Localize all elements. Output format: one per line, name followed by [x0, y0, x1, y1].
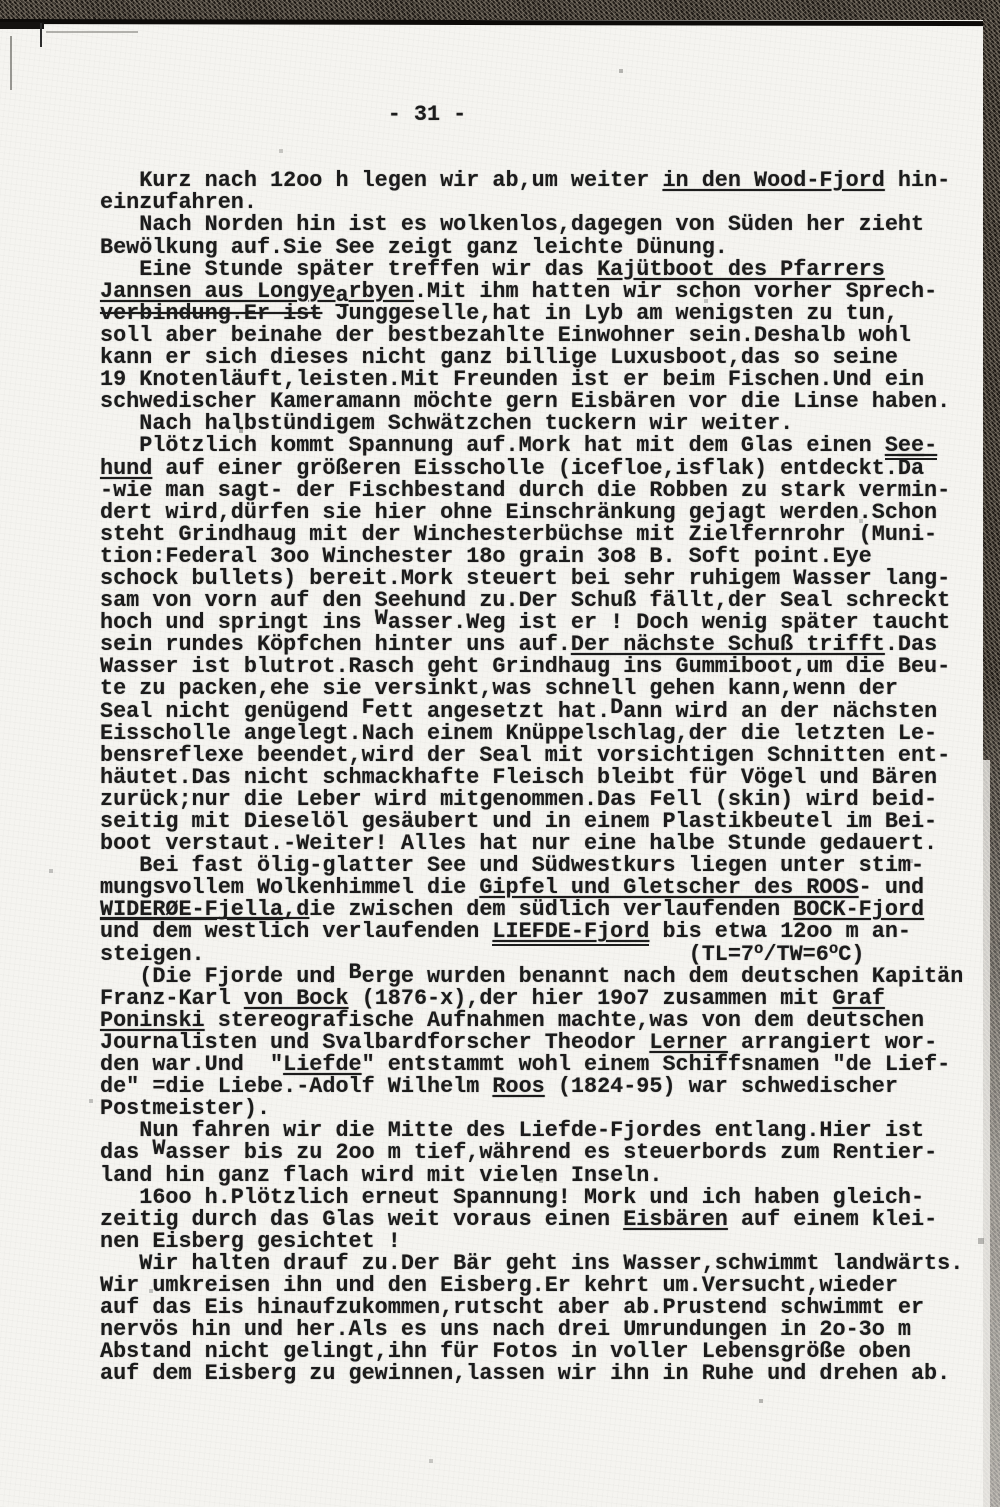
text-line: Kurz nach 12oo h legen wir ab,um weiter … [100, 170, 980, 192]
scan-edge-band-top [0, 0, 1000, 20]
text-line: Postmeister). [100, 1098, 980, 1120]
text-line [100, 148, 980, 170]
text-block: - 31 - Kurz nach 12oo h legen wir ab,um … [100, 104, 980, 1385]
text-line: Eine Stunde später treffen wir das Kajüt… [100, 259, 980, 281]
text-line: -wie man sagt- der Fischbestand durch di… [100, 480, 980, 502]
text-line: Nun fahren wir die Mitte des Liefde-Fjor… [100, 1120, 980, 1142]
text-line: einzufahren. [100, 192, 980, 214]
text-line: Jannsen aus Longyearbyen.Mit ihm hatten … [100, 281, 980, 303]
text-line: nen Eisberg gesichtet ! [100, 1231, 980, 1253]
text-line: Wir halten drauf zu.Der Bär geht ins Was… [100, 1253, 980, 1275]
text-line: Poninski stereografische Aufnahmen macht… [100, 1010, 980, 1032]
text-line: Bei fast ölig-glatter See und Südwestkur… [100, 855, 980, 877]
page-number: - 31 - [100, 104, 980, 126]
text-line: boot verstaut.-Weiter! Alles hat nur ein… [100, 833, 980, 855]
text-line: seitig mit Dieselöl gesäubert und in ein… [100, 811, 980, 833]
text-line: zeitig durch das Glas weit voraus einen … [100, 1209, 980, 1231]
text-line: Franz-Karl von Bock (1876-x),der hier 19… [100, 988, 980, 1010]
text-line: sam von vorn auf den Seehund zu.Der Schu… [100, 590, 980, 612]
text-line: soll aber beinahe der bestbezahlte Einwo… [100, 325, 980, 347]
scan-edge-border [0, 19, 1000, 26]
text-line: hoch und springt ins Wasser.Weg ist er !… [100, 612, 980, 634]
scanned-document-page: - 31 - Kurz nach 12oo h legen wir ab,um … [0, 0, 1000, 1507]
text-line: nervös hin und her.Als es uns nach drei … [100, 1319, 980, 1341]
text-line: Journalisten und Svalbardforscher Theodo… [100, 1032, 980, 1054]
text-line: te zu packen,ehe sie versinkt,was schnel… [100, 678, 980, 700]
text-line: Plötzlich kommt Spannung auf.Mork hat mi… [100, 435, 980, 457]
text-line: kann er sich dieses nicht ganz billige L… [100, 347, 980, 369]
scan-band-fade [983, 760, 990, 1507]
scan-noise-specks [0, 0, 2, 2]
text-line [100, 126, 980, 148]
text-line: schwedischer Kameramann möchte gern Eisb… [100, 391, 980, 413]
text-line: sein rundes Köpfchen hinter uns auf.Der … [100, 634, 980, 656]
scan-corner-shadow [0, 22, 44, 29]
text-line: steht Grindhaug mit der Winchesterbüchse… [100, 524, 980, 546]
text-line: Nach halbstündigem Schwätzchen tuckern w… [100, 413, 980, 435]
text-line: mungsvollem Wolkenhimmel die Gipfel und … [100, 877, 980, 899]
text-line: steigen. (TL=7o/TW=6oC) [100, 944, 980, 966]
text-line: schock bullets) bereit.Mork steuert bei … [100, 568, 980, 590]
text-line: verbindung.Er ist Junggeselle,hat in Lyb… [100, 303, 980, 325]
text-line: hund auf einer größeren Eisscholle (icef… [100, 458, 980, 480]
text-line: zurück;nur die Leber wird mitgenommen.Da… [100, 789, 980, 811]
text-line: tion:Federal 3oo Winchester 18o grain 3o… [100, 546, 980, 568]
text-line: (Die Fjorde und Berge wurden benannt nac… [100, 966, 980, 988]
text-line: 19 Knotenläuft,leisten.Mit Freunden ist … [100, 369, 980, 391]
text-line: 16oo h.Plötzlich erneut Spannung! Mork u… [100, 1187, 980, 1209]
text-line: Nach Norden hin ist es wolkenlos,dagegen… [100, 214, 980, 236]
page-fold-line [46, 31, 138, 33]
text-line: Wasser ist blutrot.Rasch geht Grindhaug … [100, 656, 980, 678]
text-line: auf das Eis hinaufzukommen,rutscht aber … [100, 1297, 980, 1319]
text-line: land hin ganz flach wird mit vielen Inse… [100, 1165, 980, 1187]
text-line: bensreflexe beendet,wird der Seal mit vo… [100, 745, 980, 767]
text-line: dert wird,dürfen sie hier ohne Einschrän… [100, 502, 980, 524]
text-line: Wir umkreisen ihn und den Eisberg.Er keh… [100, 1275, 980, 1297]
text-line: Eisscholle angelegt.Nach einem Knüppelsc… [100, 723, 980, 745]
text-line: häutet.Das nicht schmackhafte Fleisch bl… [100, 767, 980, 789]
text-line: und dem westlich verlaufenden LIEFDE-Fjo… [100, 921, 980, 943]
text-line: den war.Und "Liefde" entstammt wohl eine… [100, 1054, 980, 1076]
text-line: Seal nicht genügend Fett angesetzt hat.D… [100, 701, 980, 723]
text-line: das Wasser bis zu 2oo m tief,während es … [100, 1142, 980, 1164]
text-line: auf dem Eisberg zu gewinnen,lassen wir i… [100, 1363, 980, 1385]
text-line: Abstand nicht gelingt,ihn für Fotos in v… [100, 1341, 980, 1363]
text-line: Bewölkung auf.Sie See zeigt ganz leichte… [100, 237, 980, 259]
margin-mark [10, 36, 12, 90]
text-line: de" =die Liebe.-Adolf Wilhelm Roos (1824… [100, 1076, 980, 1098]
page-fold-mark [40, 23, 42, 47]
